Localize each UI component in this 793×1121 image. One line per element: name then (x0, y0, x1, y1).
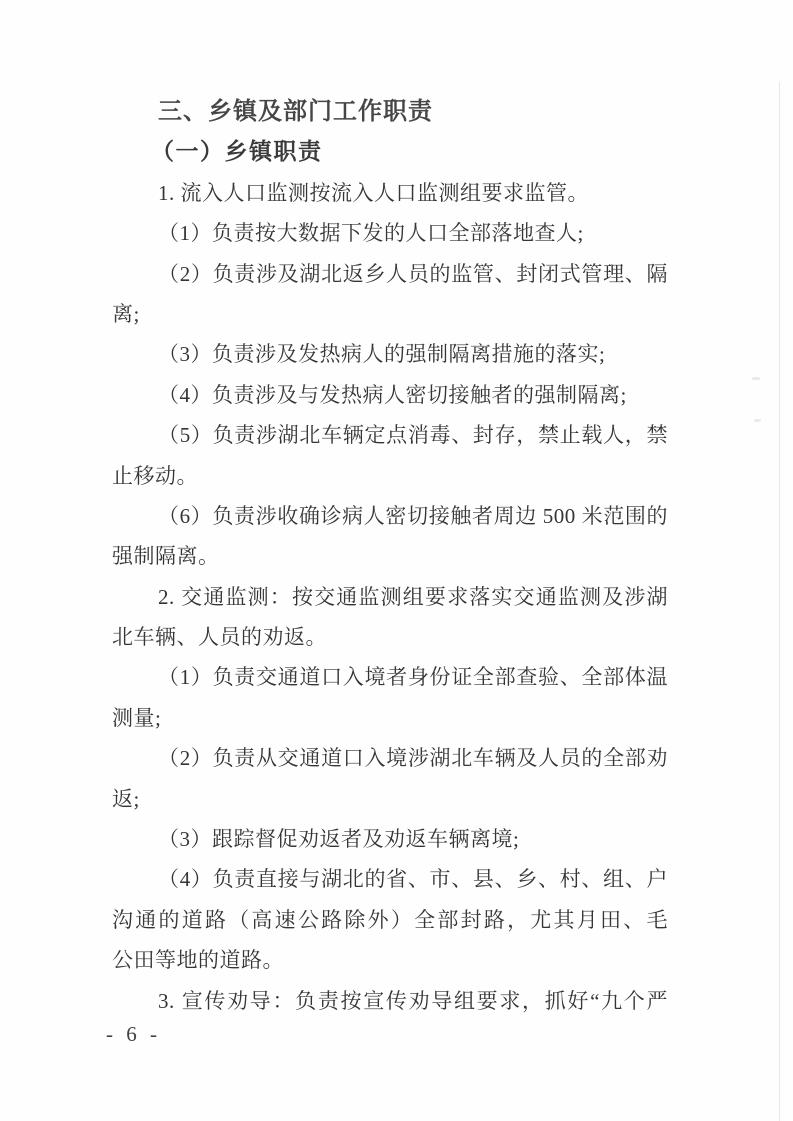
text-line: （3）跟踪督促劝返者及劝返车辆离境; (112, 819, 668, 859)
text-line: 3. 宣传劝导：负责按宣传劝导组要求，抓好“九个严 (112, 981, 668, 1021)
text-line: （6）负责涉收确诊病人密切接触者周边 500 米范围的 (112, 496, 668, 536)
text-line: （1）负责交通道口入境者身份证全部查验、全部体温 (112, 657, 668, 697)
text-line: （3）负责涉及发热病人的强制隔离措施的落实; (112, 334, 668, 374)
text-line: 2. 交通监测：按交通监测组要求落实交通监测及涉湖 (112, 577, 668, 617)
text-line: （2）负责涉及湖北返乡人员的监管、封闭式管理、隔 (112, 254, 668, 294)
text-line: 强制隔离。 (112, 536, 668, 576)
subsection-heading: （一）乡镇职责 (112, 132, 668, 172)
text-line: （4）负责涉及与发热病人密切接触者的强制隔离; (112, 375, 668, 415)
text-line: 1. 流入人口监测按流入人口监测组要求监管。 (112, 173, 668, 213)
text-line: 止移动。 (112, 456, 668, 496)
scan-artifact (754, 419, 761, 422)
text-line: （2）负责从交通道口入境涉湖北车辆及人员的全部劝 (112, 738, 668, 778)
text-line: 沟通的道路（高速公路除外）全部封路，尤其月田、毛田、 (112, 900, 668, 940)
text-line: 北车辆、人员的劝返。 (112, 617, 668, 657)
text-line: （5）负责涉湖北车辆定点消毒、封存，禁止载人，禁 (112, 415, 668, 455)
scan-edge-line (779, 82, 780, 1121)
text-line: 返; (112, 779, 668, 819)
text-line: 离; (112, 294, 668, 334)
scan-artifact (752, 377, 760, 380)
section-heading: 三、乡镇及部门工作职责 (112, 92, 668, 132)
text-line: 公田等地的道路。 (112, 940, 668, 980)
text-line: （1）负责按大数据下发的人口全部落地查人; (112, 213, 668, 253)
document-body: 三、乡镇及部门工作职责（一）乡镇职责1. 流入人口监测按流入人口监测组要求监管。… (112, 92, 668, 1021)
document-page: 三、乡镇及部门工作职责（一）乡镇职责1. 流入人口监测按流入人口监测组要求监管。… (0, 0, 793, 1121)
text-line: （4）负责直接与湖北的省、市、县、乡、村、组、户 (112, 859, 668, 899)
text-line: 测量; (112, 698, 668, 738)
page-number: - 6 - (106, 1022, 161, 1046)
